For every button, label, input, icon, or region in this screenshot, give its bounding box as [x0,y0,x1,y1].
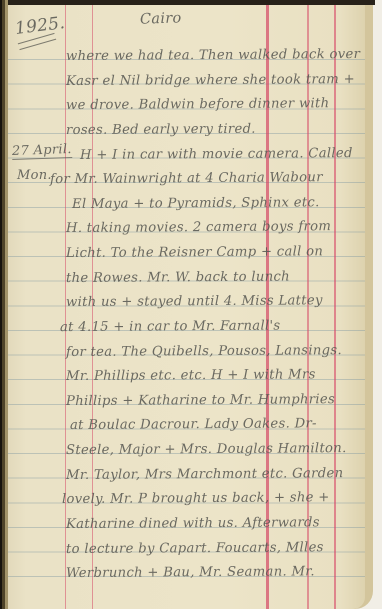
book-top-edge [0,0,375,5]
diary-line: Phillips + Katharine to Mr. Humphries [66,388,366,415]
diary-line: where we had tea. Then walked back over [66,43,366,70]
diary-line: Katharine dined with us. Afterwards [66,511,366,538]
diary-line: Licht. To the Reisner Camp + call on [66,240,366,267]
location-label: Cairo [140,10,182,27]
diary-line: Mr. Taylor, Mrs Marchmont etc. Garden [66,462,366,489]
diary-page: 1925. Cairo 27 April. Mon. where we had … [8,5,365,609]
diary-body: where we had tea. Then walked back over … [66,44,366,586]
entry-day-label: Mon. [17,168,52,183]
book-binding-edge [0,0,8,609]
diary-line: El Maya + to Pyramids, Sphinx etc. [66,191,366,218]
diary-line: the Rowes. Mr. W. back to lunch [66,265,366,292]
diary-line: roses. Bed early very tired. [66,117,366,144]
diary-line: lovely. Mr. P brought us back, + she + [62,486,366,513]
diary-line: we drove. Baldwin before dinner with [66,92,366,119]
entry-date-label: 27 April. [12,142,72,160]
diary-line: for tea. The Quibells, Pousos, Lansings. [66,338,366,365]
diary-line: Werbrunch + Bau, Mr. Seaman. Mr. [66,560,366,587]
diary-line: Kasr el Nil bridge where she took tram + [66,68,366,95]
diary-photo: 1925. Cairo 27 April. Mon. where we had … [0,0,382,609]
diary-line: at Boulac Dacrour. Lady Oakes. Dr- [66,412,366,439]
diary-line: Steele, Major + Mrs. Douglas Hamilton. [66,437,366,464]
year-label: 1925. [14,13,66,39]
diary-line: with us + stayed until 4. Miss Lattey [66,289,366,316]
diary-line: H + I in car with movie camera. Called [66,141,366,168]
diary-line: for Mr. Wainwright at 4 Charia Wabour [50,166,366,193]
diary-line: to lecture by Capart. Foucarts, Mlles [66,535,366,562]
diary-line: H. taking movies. 2 camera boys from [66,215,366,242]
diary-line: at 4.15 + in car to Mr. Farnall's [60,314,366,341]
diary-line: Mr. Phillips etc. etc. H + I with Mrs [66,363,366,390]
